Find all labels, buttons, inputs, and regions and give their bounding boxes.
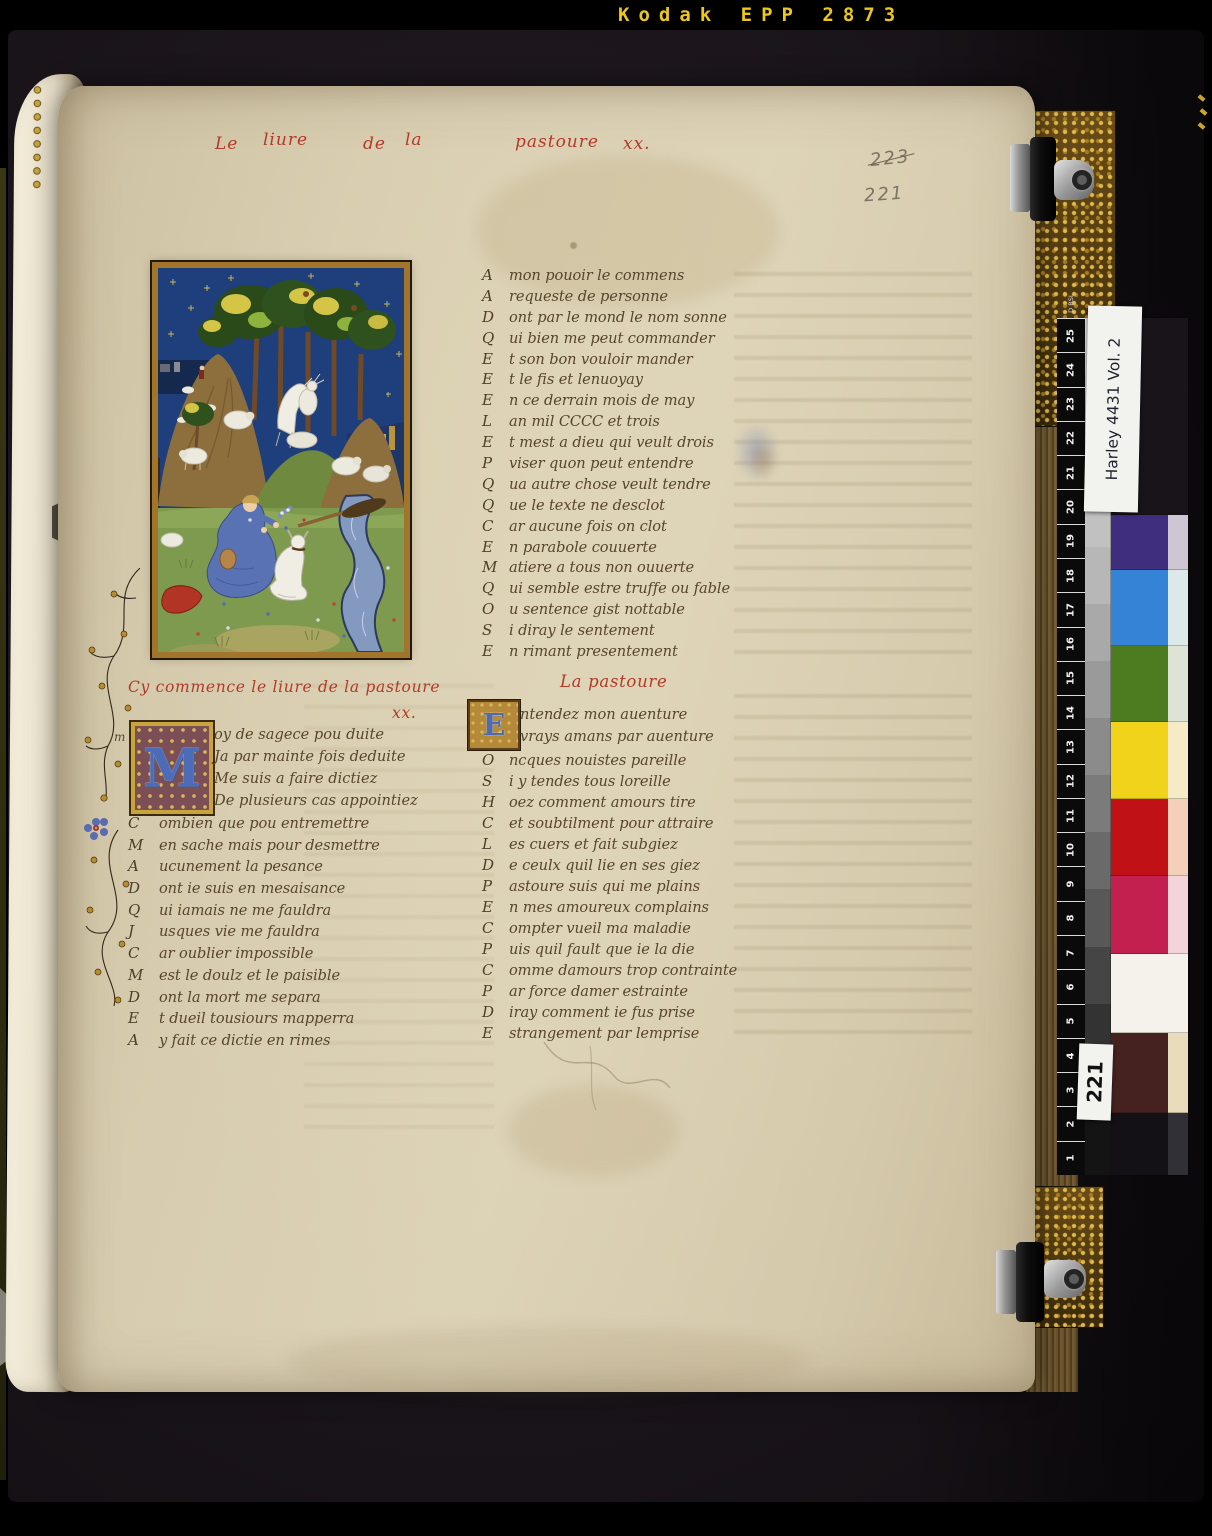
ruler-number: 9 <box>1066 881 1077 888</box>
verse-text: ui bien me peut commander <box>509 330 715 347</box>
verse-text: i y tendes tous loreille <box>509 773 671 790</box>
miniature-illustration <box>158 268 404 652</box>
verse-line: J usques vie me fauldra <box>128 922 380 944</box>
verse-text: requeste de personne <box>509 288 668 305</box>
clip-plate-top <box>1010 144 1030 212</box>
verse-initial: M <box>128 966 159 984</box>
verse-line: O u sentence gist nottable <box>482 600 730 621</box>
parchment-stain <box>288 1326 808 1396</box>
parchment-spot <box>570 242 577 249</box>
verse-initial: O <box>482 600 509 618</box>
verse-line: E n mes amoureux complains <box>482 898 737 919</box>
verse-text: ont par le mond le nom sonne <box>509 309 727 326</box>
verse-line: P uis quil fault que ie la die <box>482 940 737 961</box>
color-patch <box>1111 646 1188 722</box>
verse-line: C ompter vueil ma maladie <box>482 919 737 940</box>
verse-initial: E <box>482 433 509 451</box>
verse-line: D e ceulx quil lie en ses giez <box>482 856 737 877</box>
verse-line: L an mil CCCC et trois <box>482 412 730 433</box>
color-patch <box>1111 570 1188 646</box>
ruler-number: 23 <box>1066 397 1077 411</box>
verse-text: es cuers et fait subgiez <box>509 836 678 853</box>
ruler-cell: 24 <box>1057 352 1085 386</box>
verse-line: D ont la mort me separa <box>128 988 380 1010</box>
ruler-cell: 18 <box>1057 558 1085 592</box>
verse-text: n rimant presentement <box>509 643 678 660</box>
verse-initial: P <box>482 877 509 895</box>
verse-line: M atiere a tous non ouuerte <box>482 558 730 579</box>
verse-line: ntendez mon auenture <box>520 706 714 728</box>
left-column-opening-lines: oy de sagece pou duiteJa par mainte fois… <box>214 726 418 814</box>
ruler-cell: 14 <box>1057 695 1085 729</box>
verse-line: Q ui bien me peut commander <box>482 329 730 350</box>
verse-line: E n parabole couuerte <box>482 538 730 559</box>
verse-text: ucunement la pesance <box>159 858 323 875</box>
ruler-number: 12 <box>1066 774 1077 788</box>
verse-text: ui semble estre truffe ou fable <box>509 580 730 597</box>
verse-line: Me suis a faire dictiez <box>214 770 418 792</box>
binder-clip-bottom <box>1016 1242 1044 1322</box>
clip-lever-top <box>1054 160 1094 200</box>
shelfmark-label: Harley 4431 Vol. 2 <box>1084 305 1142 512</box>
verse-initial: O <box>482 751 509 769</box>
verse-initial: E <box>482 370 509 388</box>
verse-text: ui iamais ne me fauldra <box>159 902 331 919</box>
verse-text: n ce derrain mois de may <box>509 392 694 409</box>
verse-initial: C <box>482 517 509 535</box>
verse-initial: C <box>482 919 509 937</box>
ruler-cell: 11 <box>1057 798 1085 832</box>
clip-lever-bottom <box>1044 1260 1086 1298</box>
verse-line: A ucunement la pesance <box>128 857 380 879</box>
running-title-word: xx. <box>623 134 651 154</box>
verse-initial: S <box>482 772 509 790</box>
patch-tint <box>1168 570 1188 646</box>
ruler-number: 8 <box>1066 915 1077 922</box>
verse-line: Q ue le texte ne desclot <box>482 496 730 517</box>
patch-tint <box>1168 1113 1188 1175</box>
verse-text: ncques nouistes pareille <box>509 752 686 769</box>
verse-line: E t son bon vouloir mander <box>482 350 730 371</box>
grayscale-step <box>1085 947 1111 1004</box>
verse-line: Q ui semble estre truffe ou fable <box>482 579 730 600</box>
verse-initial: S <box>482 621 509 639</box>
ruler-number: 22 <box>1066 431 1077 445</box>
ruler-cell: 16 <box>1057 627 1085 661</box>
verse-initial: Q <box>482 475 509 493</box>
ruler-cell: 5 <box>1057 1004 1085 1038</box>
verse-line: C ar aucune fois on clot <box>482 517 730 538</box>
verse-text: n mes amoureux complains <box>509 899 709 916</box>
verse-line: D iray comment ie fus prise <box>482 1003 737 1024</box>
ruler-cell: 10 <box>1057 832 1085 866</box>
patch-tint <box>1168 515 1188 570</box>
running-title-word: liure <box>263 130 308 150</box>
verse-line: P astoure suis qui me plains <box>482 877 737 898</box>
verse-text: mon pouoir le commens <box>509 267 684 284</box>
verse-text: u sentence gist nottable <box>509 601 685 618</box>
verse-text: omme damours trop contrainte <box>509 962 737 979</box>
ruler-cell: 6 <box>1057 969 1085 1003</box>
running-title: Leliuredelapastourexx. <box>58 126 878 170</box>
running-title-word: pastoure <box>515 132 599 152</box>
verse-line: De plusieurs cas appointiez <box>214 792 418 814</box>
ruler-cell: 9 <box>1057 866 1085 900</box>
verse-line: S i diray le sentement <box>482 621 730 642</box>
ruler-cell: 1 <box>1057 1141 1085 1175</box>
ruler-number: 21 <box>1066 466 1077 480</box>
verse-initial: E <box>482 1024 509 1042</box>
patch-tint <box>1168 876 1188 954</box>
clip-hole <box>1064 1269 1084 1289</box>
verse-initial: A <box>482 266 509 284</box>
verse-text: ar oublier impossible <box>159 945 313 962</box>
verse-line: M est le doulz et le paisible <box>128 966 380 988</box>
verse-line: A y fait ce dictie en rimes <box>128 1031 380 1053</box>
ruler-number: 19 <box>1066 534 1077 548</box>
verse-text: oez comment amours tire <box>509 794 696 811</box>
ruler-cell: 22 <box>1057 421 1085 455</box>
ruler-number: 14 <box>1066 706 1077 720</box>
verse-text: t son bon vouloir mander <box>509 351 693 368</box>
verse-initial: Q <box>482 496 509 514</box>
verse-text: ompter vueil ma maladie <box>509 920 691 937</box>
rubric-la-pastoure: La pastoure <box>560 672 667 691</box>
ruler-number: 13 <box>1066 740 1077 754</box>
verse-line: Q ua autre chose veult tendre <box>482 475 730 496</box>
verse-initial: J <box>128 922 159 940</box>
verse-initial: D <box>128 879 159 897</box>
pen-flourish <box>530 1036 680 1116</box>
verse-line: S i y tendes tous loreille <box>482 772 737 793</box>
running-title-word: Le <box>215 134 238 154</box>
verse-initial: Q <box>482 579 509 597</box>
verse-text: ombien que pou entremettre <box>159 815 369 832</box>
verse-initial: L <box>482 835 509 853</box>
showthrough-gold-dots <box>26 84 49 192</box>
verse-line: E n rimant presentement <box>482 642 730 663</box>
verse-initial: A <box>128 857 159 875</box>
patch-main <box>1111 799 1168 876</box>
verse-line: H oez comment amours tire <box>482 793 737 814</box>
verse-text: n parabole couuerte <box>509 539 657 556</box>
ruler-number: 7 <box>1066 949 1077 956</box>
grayscale-step <box>1085 718 1111 775</box>
verse-text: ua autre chose veult tendre <box>509 476 711 493</box>
clip-plate-bottom <box>996 1250 1016 1314</box>
ruler-number: 17 <box>1066 603 1077 617</box>
ruler-number: 2 <box>1066 1121 1077 1128</box>
shelfmark-text: Harley 4431 Vol. 2 <box>1103 337 1124 480</box>
color-patch <box>1111 876 1188 954</box>
verse-text: t le fis et lenuoyay <box>509 371 643 388</box>
verse-text: et soubtilment pour attraire <box>509 815 713 832</box>
verse-initial: P <box>482 940 509 958</box>
verse-line: E t le fis et lenuoyay <box>482 370 730 391</box>
running-title-word: de <box>363 134 386 154</box>
verse-line: E n ce derrain mois de may <box>482 391 730 412</box>
right-column-verses-2: O ncques nouistes pareille S i y tendes … <box>482 751 737 1045</box>
grayscale-step <box>1085 775 1111 832</box>
folio-label-text: 221 <box>1082 1061 1107 1104</box>
grayscale-step <box>1085 661 1111 718</box>
verse-initial: C <box>128 944 159 962</box>
left-column-verses: C ombien que pou entremettre M en sache … <box>128 814 380 1053</box>
verse-text: y fait ce dictie en rimes <box>159 1032 330 1049</box>
verse-line: M en sache mais pour desmettre <box>128 836 380 858</box>
grayscale-step <box>1085 1118 1111 1175</box>
text-showthrough <box>734 694 972 1044</box>
patch-main <box>1111 722 1168 799</box>
grayscale-step <box>1085 889 1111 946</box>
verse-initial: M <box>128 836 159 854</box>
verse-line: E t mest a dieu qui veult drois <box>482 433 730 454</box>
folio-number-old: 223 <box>869 146 911 171</box>
ruler-number: 24 <box>1066 363 1077 377</box>
verse-text: t mest a dieu qui veult drois <box>509 434 714 451</box>
rubric-incipit-end: xx. <box>392 704 417 722</box>
ruler-cell: 12 <box>1057 764 1085 798</box>
ruler-number: 4 <box>1066 1052 1077 1059</box>
grayscale-step <box>1085 547 1111 604</box>
verse-initial: P <box>482 454 509 472</box>
verse-text: astoure suis qui me plains <box>509 878 700 895</box>
ruler-number: 15 <box>1066 671 1077 685</box>
patch-tint <box>1168 318 1188 515</box>
verse-text: i diray le sentement <box>509 622 655 639</box>
right-column-opening-lines: ntendez mon auenturevrays amans par auen… <box>520 706 714 749</box>
verse-text: ont la mort me separa <box>159 989 321 1006</box>
running-title-word: la <box>405 130 423 150</box>
patch-main <box>1111 515 1168 570</box>
ruler-cell: 8 <box>1057 901 1085 935</box>
patch-tint <box>1168 799 1188 876</box>
verse-initial: D <box>482 1003 509 1021</box>
ruler-top-text: D RSI <box>1056 290 1086 318</box>
verse-initial: C <box>128 814 159 832</box>
folio-label: 221 <box>1077 1043 1114 1120</box>
verse-line: P ar force damer estrainte <box>482 982 737 1003</box>
verse-text: viser quon peut entendre <box>509 455 694 472</box>
verse-text: ar force damer estrainte <box>509 983 688 1000</box>
folio-number-new: 221 <box>863 183 905 207</box>
verse-text: ont ie suis en mesaisance <box>159 880 345 897</box>
verse-text: usques vie me fauldra <box>159 923 320 940</box>
ruler-cell: 19 <box>1057 524 1085 558</box>
ruler-cell: 17 <box>1057 592 1085 626</box>
verse-line: Q ui iamais ne me fauldra <box>128 901 380 923</box>
verse-initial: E <box>128 1009 159 1027</box>
color-patch <box>1111 799 1188 876</box>
patch-main <box>1111 646 1168 722</box>
ruler-number: 10 <box>1066 843 1077 857</box>
verse-line: A requeste de personne <box>482 287 730 308</box>
verse-initial: H <box>482 793 509 811</box>
patch-main <box>1111 1033 1168 1113</box>
verse-text: en sache mais pour desmettre <box>159 837 380 854</box>
ruler-number: 18 <box>1066 569 1077 583</box>
verse-text: t dueil tousiours mapperra <box>159 1010 354 1027</box>
verse-text: atiere a tous non ouuerte <box>509 559 694 576</box>
verse-initial: C <box>482 961 509 979</box>
verse-initial: E <box>482 898 509 916</box>
verse-line: C et soubtilment pour attraire <box>482 814 737 835</box>
patch-main <box>1111 954 1168 1033</box>
color-patch <box>1111 1033 1188 1113</box>
color-patch <box>1111 722 1188 799</box>
verse-line: oy de sagece pou duite <box>214 726 418 748</box>
verse-text: ar aucune fois on clot <box>509 518 667 535</box>
patch-tint <box>1168 722 1188 799</box>
verse-text: e ceulx quil lie en ses giez <box>509 857 700 874</box>
ruler-number: 16 <box>1066 637 1077 651</box>
ruler-cell: 21 <box>1057 455 1085 489</box>
verse-initial: E <box>482 642 509 660</box>
patch-main <box>1111 1113 1168 1175</box>
ruler-cell: 20 <box>1057 489 1085 523</box>
verse-initial: P <box>482 982 509 1000</box>
verse-text: uis quil fault que ie la die <box>509 941 694 958</box>
verse-text: ue le texte ne desclot <box>509 497 665 514</box>
verse-initial: A <box>482 287 509 305</box>
verse-initial: C <box>482 814 509 832</box>
film-edge-label: Kodak EPP 2873 <box>618 4 904 26</box>
verse-line: E t dueil tousiours mapperra <box>128 1009 380 1031</box>
ruler-number: 20 <box>1066 500 1077 514</box>
verse-initial: D <box>482 308 509 326</box>
verse-line: C ombien que pou entremettre <box>128 814 380 836</box>
verse-initial: D <box>128 988 159 1006</box>
patch-main <box>1111 570 1168 646</box>
verse-initial: M <box>482 558 509 576</box>
verse-line: A mon pouoir le commens <box>482 266 730 287</box>
grayscale-step <box>1085 604 1111 661</box>
manuscript-page: Leliuredelapastourexx. 223 221 <box>58 86 1035 1392</box>
verse-line: P viser quon peut entendre <box>482 454 730 475</box>
verse-text: an mil CCCC et trois <box>509 413 660 430</box>
margin-guide-letter: m <box>114 730 125 744</box>
verse-line: C omme damours trop contrainte <box>482 961 737 982</box>
verse-initial: E <box>482 350 509 368</box>
patch-tint <box>1168 646 1188 722</box>
verse-text: est le doulz et le paisible <box>159 967 340 984</box>
ruler-number: 5 <box>1066 1018 1077 1025</box>
ruler-number: 11 <box>1066 809 1077 823</box>
film-edge-sliver <box>0 168 6 1480</box>
illuminated-initial-e: E <box>468 700 520 750</box>
verse-initial: Q <box>482 329 509 347</box>
verse-line: vrays amans par auenture <box>520 728 714 750</box>
grayscale-step <box>1085 832 1111 889</box>
color-patch <box>1111 515 1188 570</box>
patch-tint <box>1168 954 1188 1033</box>
verse-line: L es cuers et fait subgiez <box>482 835 737 856</box>
verse-line: O ncques nouistes pareille <box>482 751 737 772</box>
right-column-verses-1: A mon pouoir le commens A requeste de pe… <box>482 266 730 663</box>
clip-hole <box>1072 170 1092 190</box>
verse-initial: L <box>482 412 509 430</box>
verse-initial: E <box>482 538 509 556</box>
verse-initial: D <box>482 856 509 874</box>
binder-clip-top <box>1030 137 1056 221</box>
ruler-cell: 25 <box>1057 318 1085 352</box>
rubric-incipit: Cy commence le liure de la pastoure <box>128 678 440 696</box>
miniature-showthrough <box>748 440 778 480</box>
ruler-number: 6 <box>1066 983 1077 990</box>
patch-tint <box>1168 1033 1188 1113</box>
ruler-cell: 23 <box>1057 387 1085 421</box>
patch-main <box>1111 876 1168 954</box>
illuminated-initial-m: M <box>131 722 213 814</box>
color-patch <box>1111 1113 1188 1175</box>
verse-initial: Q <box>128 901 159 919</box>
miniature-pastoral-scene <box>152 262 410 658</box>
color-patch <box>1111 954 1188 1033</box>
verse-text: iray comment ie fus prise <box>509 1004 695 1021</box>
photo-frame: Kodak EPP 2873 Leliuredelapastourexx. <box>0 0 1212 1536</box>
ruler-number: 25 <box>1066 329 1077 343</box>
verse-line: D ont ie suis en mesaisance <box>128 879 380 901</box>
verse-line: C ar oublier impossible <box>128 944 380 966</box>
ruler-number: 1 <box>1066 1155 1077 1162</box>
ruler-cell: 13 <box>1057 729 1085 763</box>
verse-initial: E <box>482 391 509 409</box>
ruler-cell: 15 <box>1057 661 1085 695</box>
ruler-cell: 7 <box>1057 935 1085 969</box>
verse-initial: A <box>128 1031 159 1049</box>
ruler-number: 3 <box>1066 1086 1077 1093</box>
verse-line: D ont par le mond le nom sonne <box>482 308 730 329</box>
verse-line: Ja par mainte fois deduite <box>214 748 418 770</box>
